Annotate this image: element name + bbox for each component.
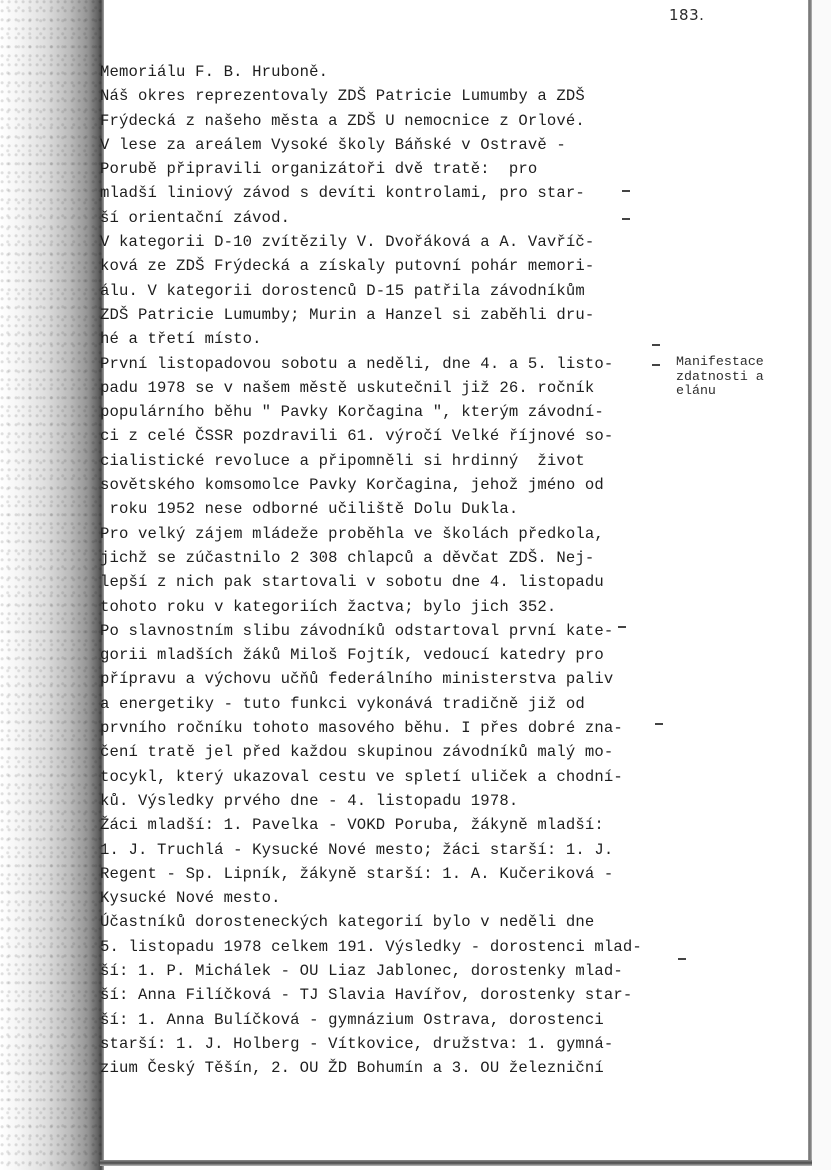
margin-tick [655, 723, 663, 725]
page-outer-margin [812, 0, 831, 1170]
margin-note-line: elánu [676, 384, 806, 399]
text-line: prvního ročníku tohoto masového běhu. I … [100, 716, 660, 740]
margin-note-line: zdatnosti a [676, 370, 806, 385]
text-line: Náš okres reprezentovaly ZDŠ Patricie Lu… [100, 84, 660, 108]
text-line: roku 1952 nese odborné učiliště Dolu Duk… [100, 497, 660, 521]
text-line: Žáci mladší: 1. Pavelka - VOKD Poruba, ž… [100, 813, 660, 837]
text-line: Regent - Sp. Lipník, žákyně starší: 1. A… [100, 862, 660, 886]
text-line: Po slavnostním slibu závodníků odstartov… [100, 619, 660, 643]
text-line: ků. Výsledky prvého dne - 4. listopadu 1… [100, 789, 660, 813]
text-line: tohoto roku v kategoriích žactva; bylo j… [100, 595, 660, 619]
text-line: 5. listopadu 1978 celkem 191. Výsledky -… [100, 935, 660, 959]
text-line: tocykl, který ukazoval cestu ve spletí u… [100, 765, 660, 789]
text-line: ší: 1. P. Michálek - OU Liaz Jablonec, d… [100, 959, 660, 983]
text-line: přípravu a výchovu učňů federálního mini… [100, 667, 660, 691]
text-line: ZDŠ Patricie Lumumby; Murin a Hanzel si … [100, 303, 660, 327]
text-line: gorii mladších žáků Miloš Fojtík, vedouc… [100, 643, 660, 667]
text-line: První listopadovou sobotu a neděli, dne … [100, 352, 660, 376]
text-line: Účastníků dorosteneckých kategorií bylo … [100, 910, 660, 934]
text-line: sovětského komsomolce Pavky Korčagina, j… [100, 473, 660, 497]
text-line: Kysucké Nové mesto. [100, 886, 660, 910]
page-bottom-edge [100, 1160, 812, 1166]
text-line: padu 1978 se v našem městě uskutečnil ji… [100, 376, 660, 400]
text-line: cialistické revoluce a připomněli si hrd… [100, 449, 660, 473]
text-line: Porubě připravili organizátoři dvě tratě… [100, 157, 660, 181]
margin-tick [622, 190, 630, 192]
margin-tick [652, 364, 660, 366]
text-line: ková ze ZDŠ Frýdecká a získaly putovní p… [100, 254, 660, 278]
margin-note: Manifestacezdatnosti aelánu [676, 355, 806, 399]
text-line: ci z celé ČSSR pozdravili 61. výročí Vel… [100, 424, 660, 448]
text-line: 1. J. Truchlá - Kysucké Nové mesto; žáci… [100, 838, 660, 862]
text-line: V kategorii D-10 zvítězily V. Dvořáková … [100, 230, 660, 254]
scan-noise [0, 0, 104, 1170]
margin-tick [622, 218, 630, 220]
typewritten-body: Memoriálu F. B. Hruboně.Náš okres reprez… [100, 60, 660, 1080]
text-line: čení tratě jel před každou skupinou závo… [100, 740, 660, 764]
margin-tick [652, 344, 660, 346]
text-line: populárního běhu " Pavky Korčagina ", kt… [100, 400, 660, 424]
text-line: V lese za areálem Vysoké školy Báňské v … [100, 133, 660, 157]
text-line: zium Český Těšín, 2. OU ŽD Bohumín a 3. … [100, 1056, 660, 1080]
text-line: Memoriálu F. B. Hruboně. [100, 60, 660, 84]
text-line: Frýdecká z našeho města a ZDŠ U nemocnic… [100, 109, 660, 133]
text-line: lepší z nich pak startovali v sobotu dne… [100, 570, 660, 594]
page-number: 183. [669, 6, 704, 24]
text-line: ší: Anna Filíčková - TJ Slavia Havířov, … [100, 983, 660, 1007]
text-line: ší orientační závod. [100, 206, 660, 230]
text-line: starší: 1. J. Holberg - Vítkovice, družs… [100, 1032, 660, 1056]
text-line: Pro velký zájem mládeže proběhla ve škol… [100, 522, 660, 546]
text-line: álu. V kategorii dorostenců D-15 patřila… [100, 279, 660, 303]
text-line: a energetiky - tuto funkci vykonává trad… [100, 692, 660, 716]
text-line: mladší liniový závod s devíti kontrolami… [100, 181, 660, 205]
margin-note-line: Manifestace [676, 355, 806, 370]
text-line: hé a třetí místo. [100, 327, 660, 351]
text-line: ší: 1. Anna Bulíčková - gymnázium Ostrav… [100, 1008, 660, 1032]
text-line: jichž se zúčastnilo 2 308 chlapců a děvč… [100, 546, 660, 570]
page-right-edge [808, 0, 812, 1165]
margin-tick [618, 626, 626, 628]
margin-tick [678, 958, 686, 960]
